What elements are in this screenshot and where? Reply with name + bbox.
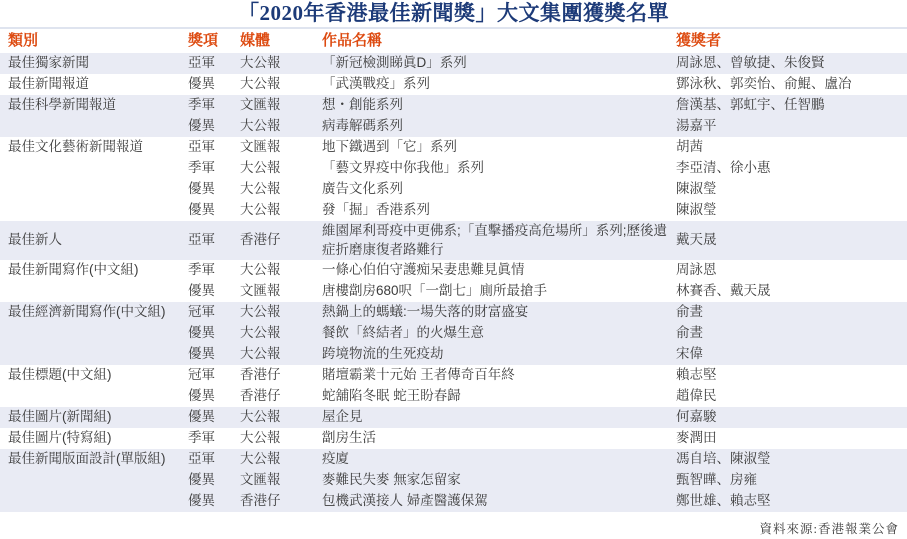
cell-award: 季軍: [188, 428, 240, 449]
cell-work: 地下鐵遇到「它」系列: [322, 137, 676, 158]
cell-media: 文匯報: [240, 137, 322, 158]
col-header-work: 作品名稱: [322, 30, 676, 53]
cell-media: 大公報: [240, 200, 322, 221]
cell-award: 優異: [188, 323, 240, 344]
table-row: 優異文匯報唐樓劏房680呎「一劏七」廁所最搶手林賽香、戴天晟: [0, 281, 907, 302]
table-row: 優異大公報病毒解碼系列湯嘉平: [0, 116, 907, 137]
cell-category: 最佳新人: [0, 230, 188, 251]
cell-award: 優異: [188, 74, 240, 95]
cell-category: 最佳經濟新聞寫作(中文組): [0, 302, 188, 323]
cell-media: 大公報: [240, 53, 322, 74]
cell-media: 大公報: [240, 260, 322, 281]
cell-media: 大公報: [240, 74, 322, 95]
cell-winners: 賴志堅: [676, 365, 907, 386]
cell-award: 優異: [188, 281, 240, 302]
cell-winners: 何嘉駿: [676, 407, 907, 428]
cell-winners: 陳淑瑩: [676, 200, 907, 221]
table-row: 最佳新聞版面設計(單版組)亞軍大公報疫廈馮自培、陳淑瑩: [0, 449, 907, 470]
cell-award: 優異: [188, 407, 240, 428]
cell-winners: 詹漢基、郭虹宇、任智鵬: [676, 95, 907, 116]
col-header-award: 獎項: [188, 30, 240, 53]
table-row: 最佳新人亞軍香港仔維園犀利哥疫中更佛系;「直擊播疫高危場所」系列;歷後遺症折磨康…: [0, 221, 907, 260]
table-row: 最佳文化藝術新聞報道亞軍文匯報地下鐵遇到「它」系列胡茜: [0, 137, 907, 158]
cell-winners: 湯嘉平: [676, 116, 907, 137]
cell-winners: 陳淑瑩: [676, 179, 907, 200]
cell-media: 大公報: [240, 449, 322, 470]
cell-award: 季軍: [188, 95, 240, 116]
cell-winners: 趙偉民: [676, 386, 907, 407]
cell-media: 大公報: [240, 407, 322, 428]
cell-award: 亞軍: [188, 137, 240, 158]
col-header-media: 媒體: [240, 30, 322, 53]
table-row: 最佳標題(中文組)冠軍香港仔賭壇霸業十元始 王者傳奇百年終賴志堅: [0, 365, 907, 386]
cell-work: 餐飲「終結者」的火爆生意: [322, 323, 676, 344]
cell-category: [0, 333, 188, 335]
cell-category: [0, 210, 188, 212]
cell-work: 廣告文化系列: [322, 179, 676, 200]
cell-media: 香港仔: [240, 365, 322, 386]
cell-work: 病毒解碼系列: [322, 116, 676, 137]
table-row: 優異文匯報麥難民失麥 無家怎留家甄智曄、房雍: [0, 470, 907, 491]
cell-category: [0, 168, 188, 170]
cell-work: 疫廈: [322, 449, 676, 470]
cell-award: 優異: [188, 116, 240, 137]
cell-winners: 戴天晟: [676, 230, 907, 251]
cell-winners: 俞晝: [676, 302, 907, 323]
table-row: 優異大公報餐飲「終結者」的火爆生意俞晝: [0, 323, 907, 344]
cell-award: 優異: [188, 179, 240, 200]
cell-media: 文匯報: [240, 470, 322, 491]
cell-winners: 胡茜: [676, 137, 907, 158]
cell-work: 維園犀利哥疫中更佛系;「直擊播疫高危場所」系列;歷後遺症折磨康復者路難行: [322, 221, 676, 260]
cell-award: 優異: [188, 344, 240, 365]
col-header-category: 類別: [0, 30, 188, 53]
cell-media: 大公報: [240, 428, 322, 449]
cell-winners: 馮自培、陳淑瑩: [676, 449, 907, 470]
cell-category: [0, 126, 188, 128]
awards-table: 類別 獎項 媒體 作品名稱 獲獎者 最佳獨家新聞亞軍大公報「新冠檢測睇眞D」系列…: [0, 27, 907, 512]
cell-category: [0, 189, 188, 191]
table-row: 最佳圖片(特寫組)季軍大公報劏房生活麥潤田: [0, 428, 907, 449]
col-header-winners: 獲獎者: [676, 30, 907, 53]
table-header-row: 類別 獎項 媒體 作品名稱 獲獎者: [0, 27, 907, 53]
cell-work: 賭壇霸業十元始 王者傳奇百年終: [322, 365, 676, 386]
cell-category: 最佳新聞報道: [0, 74, 188, 95]
table-row: 最佳科學新聞報道季軍文匯報想・創能系列詹漢基、郭虹宇、任智鵬: [0, 95, 907, 116]
cell-work: 麥難民失麥 無家怎留家: [322, 470, 676, 491]
table-row: 最佳新聞報道優異大公報「武漢戰疫」系列鄧泳秋、郭奕怡、俞鯤、盧冶: [0, 74, 907, 95]
cell-award: 優異: [188, 200, 240, 221]
table-row: 優異大公報廣告文化系列陳淑瑩: [0, 179, 907, 200]
cell-work: 屋企見: [322, 407, 676, 428]
cell-media: 大公報: [240, 344, 322, 365]
cell-award: 冠軍: [188, 302, 240, 323]
cell-award: 亞軍: [188, 449, 240, 470]
cell-category: 最佳圖片(新聞組): [0, 407, 188, 428]
table-row: 最佳新聞寫作(中文組)季軍大公報一條心伯伯守護痴呆妻患難見眞情周詠恩: [0, 260, 907, 281]
cell-category: [0, 354, 188, 356]
cell-category: 最佳新聞版面設計(單版組): [0, 449, 188, 470]
cell-media: 大公報: [240, 158, 322, 179]
table-row: 優異香港仔包機武漢接人 婦產醫護保駕鄭世雄、賴志堅: [0, 491, 907, 512]
table-row: 最佳經濟新聞寫作(中文組)冠軍大公報熱鍋上的螞蟻:一場失落的財富盛宴俞晝: [0, 302, 907, 323]
table-row: 優異香港仔蛇舖陷冬眠 蛇王盼春歸趙偉民: [0, 386, 907, 407]
cell-winners: 甄智曄、房雍: [676, 470, 907, 491]
cell-category: 最佳獨家新聞: [0, 53, 188, 74]
cell-award: 優異: [188, 470, 240, 491]
cell-work: 跨境物流的生死疫劫: [322, 344, 676, 365]
cell-work: 蛇舖陷冬眠 蛇王盼春歸: [322, 386, 676, 407]
table-row: 季軍大公報「藝文界疫中你我他」系列李亞清、徐小惠: [0, 158, 907, 179]
cell-category: [0, 501, 188, 503]
cell-award: 優異: [188, 386, 240, 407]
table-body: 最佳獨家新聞亞軍大公報「新冠檢測睇眞D」系列周詠恩、曾敏捷、朱俊賢最佳新聞報道優…: [0, 53, 907, 512]
table-row: 最佳獨家新聞亞軍大公報「新冠檢測睇眞D」系列周詠恩、曾敏捷、朱俊賢: [0, 53, 907, 74]
cell-media: 大公報: [240, 302, 322, 323]
cell-winners: 周詠恩: [676, 260, 907, 281]
cell-award: 亞軍: [188, 53, 240, 74]
cell-media: 文匯報: [240, 281, 322, 302]
cell-work: 包機武漢接人 婦產醫護保駕: [322, 491, 676, 512]
cell-winners: 鄭世雄、賴志堅: [676, 491, 907, 512]
cell-work: 唐樓劏房680呎「一劏七」廁所最搶手: [322, 281, 676, 302]
cell-category: 最佳標題(中文組): [0, 365, 188, 386]
cell-category: 最佳新聞寫作(中文組): [0, 260, 188, 281]
cell-category: [0, 396, 188, 398]
cell-category: [0, 291, 188, 293]
cell-category: 最佳圖片(特寫組): [0, 428, 188, 449]
cell-media: 香港仔: [240, 491, 322, 512]
cell-award: 季軍: [188, 260, 240, 281]
cell-winners: 俞晝: [676, 323, 907, 344]
cell-media: 香港仔: [240, 386, 322, 407]
cell-work: 「武漢戰疫」系列: [322, 74, 676, 95]
cell-media: 大公報: [240, 116, 322, 137]
cell-category: 最佳科學新聞報道: [0, 95, 188, 116]
cell-media: 文匯報: [240, 95, 322, 116]
cell-category: 最佳文化藝術新聞報道: [0, 137, 188, 158]
cell-winners: 林賽香、戴天晟: [676, 281, 907, 302]
cell-work: 想・創能系列: [322, 95, 676, 116]
table-row: 優異大公報發「掘」香港系列陳淑瑩: [0, 200, 907, 221]
cell-work: 熱鍋上的螞蟻:一場失落的財富盛宴: [322, 302, 676, 323]
cell-work: 發「掘」香港系列: [322, 200, 676, 221]
cell-media: 大公報: [240, 179, 322, 200]
cell-winners: 周詠恩、曾敏捷、朱俊賢: [676, 53, 907, 74]
cell-award: 優異: [188, 491, 240, 512]
table-row: 最佳圖片(新聞組)優異大公報屋企見何嘉駿: [0, 407, 907, 428]
cell-award: 季軍: [188, 158, 240, 179]
cell-winners: 鄧泳秋、郭奕怡、俞鯤、盧冶: [676, 74, 907, 95]
awards-page: 「2020年香港最佳新聞獎」大文集團獲獎名單 類別 獎項 媒體 作品名稱 獲獎者…: [0, 0, 907, 539]
cell-work: 「新冠檢測睇眞D」系列: [322, 53, 676, 74]
cell-media: 香港仔: [240, 230, 322, 251]
page-title: 「2020年香港最佳新聞獎」大文集團獲獎名單: [0, 0, 907, 27]
cell-work: 一條心伯伯守護痴呆妻患難見眞情: [322, 260, 676, 281]
cell-winners: 宋偉: [676, 344, 907, 365]
cell-award: 亞軍: [188, 230, 240, 251]
source-note: 資料來源:香港報業公會: [0, 519, 907, 537]
cell-winners: 麥潤田: [676, 428, 907, 449]
cell-award: 冠軍: [188, 365, 240, 386]
cell-category: [0, 480, 188, 482]
table-row: 優異大公報跨境物流的生死疫劫宋偉: [0, 344, 907, 365]
cell-work: 「藝文界疫中你我他」系列: [322, 158, 676, 179]
cell-media: 大公報: [240, 323, 322, 344]
cell-winners: 李亞清、徐小惠: [676, 158, 907, 179]
cell-work: 劏房生活: [322, 428, 676, 449]
